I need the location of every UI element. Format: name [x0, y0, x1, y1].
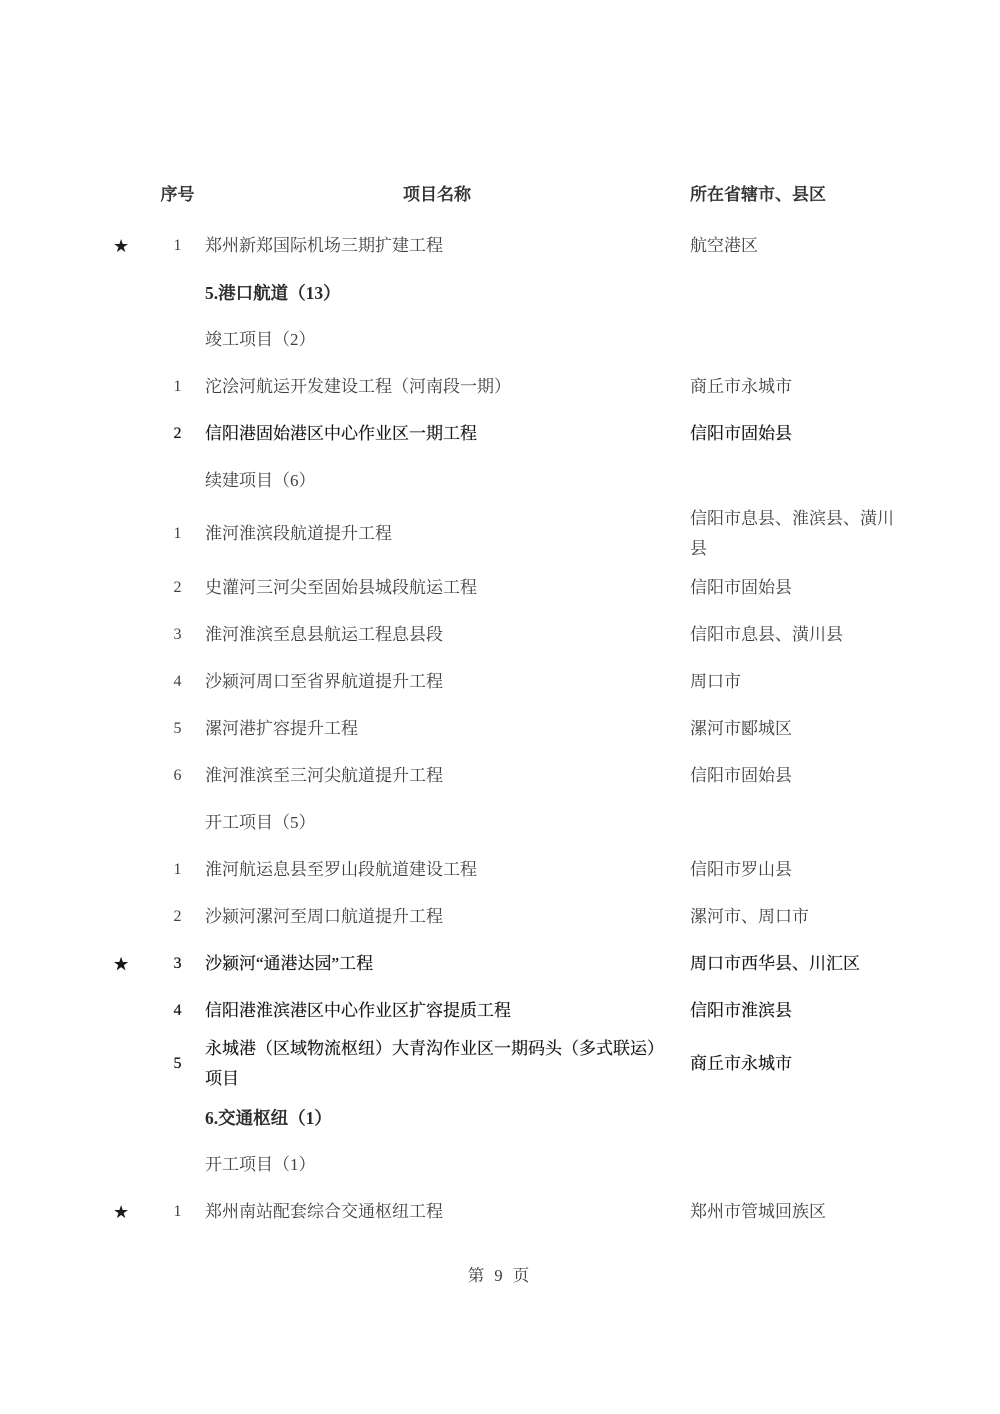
- project-location: 信阳市息县、潢川县: [675, 620, 900, 650]
- table-row: ★ 3 沙颍河“通港达园”工程 周口市西华县、川汇区: [113, 940, 900, 987]
- project-location: 漯河市郾城区: [675, 714, 900, 744]
- row-number: 1: [150, 519, 205, 549]
- project-name: 沙颍河“通港达园”工程: [205, 949, 675, 979]
- row-number: 4: [150, 667, 205, 697]
- column-header-seq: 序号: [150, 180, 205, 210]
- column-header-project-name: 项目名称: [205, 180, 675, 210]
- row-number: 1: [150, 855, 205, 885]
- project-location: 信阳市固始县: [675, 419, 900, 449]
- project-name: 沱浍河航运开发建设工程（河南段一期）: [205, 372, 675, 402]
- table-row: 2 信阳港固始港区中心作业区一期工程 信阳市固始县: [113, 410, 900, 457]
- table-row: ★ 1 郑州新郑国际机场三期扩建工程 航空港区: [113, 222, 900, 269]
- project-location: 漯河市、周口市: [675, 902, 900, 932]
- row-number: 1: [150, 231, 205, 261]
- subsection-heading-row: 开工项目（1）: [113, 1141, 900, 1188]
- table-row: 1 沱浍河航运开发建设工程（河南段一期） 商丘市永城市: [113, 363, 900, 410]
- table-header-row: 序号 项目名称 所在省辖市、县区: [113, 168, 900, 222]
- project-name: 漯河港扩容提升工程: [205, 714, 675, 744]
- table-row: 4 信阳港淮滨港区中心作业区扩容提质工程 信阳市淮滨县: [113, 987, 900, 1034]
- project-name: 信阳港淮滨港区中心作业区扩容提质工程: [205, 996, 675, 1026]
- row-number: 2: [150, 419, 205, 449]
- row-number: 2: [150, 902, 205, 932]
- row-number: 1: [150, 372, 205, 402]
- project-name: 淮河淮滨至三河尖航道提升工程: [205, 761, 675, 791]
- project-name: 沙颍河漯河至周口航道提升工程: [205, 902, 675, 932]
- project-name: 郑州南站配套综合交通枢纽工程: [205, 1197, 675, 1227]
- star-icon: ★: [113, 1197, 150, 1227]
- project-location: 郑州市管城回族区: [675, 1197, 900, 1227]
- project-name: 淮河淮滨至息县航运工程息县段: [205, 620, 675, 650]
- table-row: ★ 1 郑州南站配套综合交通枢纽工程 郑州市管城回族区: [113, 1188, 900, 1235]
- project-name: 沙颍河周口至省界航道提升工程: [205, 667, 675, 697]
- row-number: 3: [150, 620, 205, 650]
- project-location: 周口市: [675, 667, 900, 697]
- row-number: 5: [150, 1049, 205, 1079]
- project-name: 史灌河三河尖至固始县城段航运工程: [205, 573, 675, 603]
- subsection-heading-row: 续建项目（6）: [113, 457, 900, 504]
- project-name: 郑州新郑国际机场三期扩建工程: [205, 231, 675, 261]
- project-location: 航空港区: [675, 231, 900, 261]
- project-location: 信阳市息县、淮滨县、潢川县: [675, 504, 900, 564]
- project-name: 淮河淮滨段航道提升工程: [205, 519, 675, 549]
- project-name: 永城港（区域物流枢纽）大青沟作业区一期码头（多式联运）项目: [205, 1034, 675, 1094]
- row-number: 6: [150, 761, 205, 791]
- project-name: 淮河航运息县至罗山段航道建设工程: [205, 855, 675, 885]
- table-row: 1 淮河航运息县至罗山段航道建设工程 信阳市罗山县: [113, 846, 900, 893]
- star-icon: ★: [113, 949, 150, 979]
- project-location: 周口市西华县、川汇区: [675, 949, 900, 979]
- table-row: 5 永城港（区域物流枢纽）大青沟作业区一期码头（多式联运）项目 商丘市永城市: [113, 1034, 900, 1094]
- project-name: 信阳港固始港区中心作业区一期工程: [205, 419, 675, 449]
- table-row: 3 淮河淮滨至息县航运工程息县段 信阳市息县、潢川县: [113, 611, 900, 658]
- table-row: 2 史灌河三河尖至固始县城段航运工程 信阳市固始县: [113, 564, 900, 611]
- row-number: 2: [150, 573, 205, 603]
- table-row: 5 漯河港扩容提升工程 漯河市郾城区: [113, 705, 900, 752]
- section-heading: 6.交通枢纽（1）: [205, 1103, 900, 1133]
- row-number: 1: [150, 1197, 205, 1227]
- subsection-heading: 竣工项目（2）: [205, 325, 900, 355]
- project-location: 信阳市固始县: [675, 573, 900, 603]
- project-location: 信阳市罗山县: [675, 855, 900, 885]
- project-location: 信阳市淮滨县: [675, 996, 900, 1026]
- subsection-heading-row: 开工项目（5）: [113, 799, 900, 846]
- section-heading: 5.港口航道（13）: [205, 278, 900, 308]
- subsection-heading: 开工项目（1）: [205, 1150, 900, 1180]
- table-row: 2 沙颍河漯河至周口航道提升工程 漯河市、周口市: [113, 893, 900, 940]
- section-heading-row: 5.港口航道（13）: [113, 269, 900, 316]
- row-number: 3: [150, 949, 205, 979]
- table-row: 1 淮河淮滨段航道提升工程 信阳市息县、淮滨县、潢川县: [113, 504, 900, 564]
- row-number: 4: [150, 996, 205, 1026]
- star-icon: ★: [113, 231, 150, 261]
- document-page: 序号 项目名称 所在省辖市、县区 ★ 1 郑州新郑国际机场三期扩建工程 航空港区…: [0, 0, 1000, 1414]
- project-location: 商丘市永城市: [675, 1049, 900, 1079]
- subsection-heading-row: 竣工项目（2）: [113, 316, 900, 363]
- subsection-heading: 续建项目（6）: [205, 466, 900, 496]
- section-heading-row: 6.交通枢纽（1）: [113, 1094, 900, 1141]
- row-number: 5: [150, 714, 205, 744]
- table-row: 6 淮河淮滨至三河尖航道提升工程 信阳市固始县: [113, 752, 900, 799]
- page-number: 第 9 页: [0, 1262, 1000, 1286]
- project-location: 商丘市永城市: [675, 372, 900, 402]
- projects-table: 序号 项目名称 所在省辖市、县区 ★ 1 郑州新郑国际机场三期扩建工程 航空港区…: [113, 168, 900, 1235]
- subsection-heading: 开工项目（5）: [205, 808, 900, 838]
- project-location: 信阳市固始县: [675, 761, 900, 791]
- column-header-location: 所在省辖市、县区: [675, 180, 900, 210]
- table-row: 4 沙颍河周口至省界航道提升工程 周口市: [113, 658, 900, 705]
